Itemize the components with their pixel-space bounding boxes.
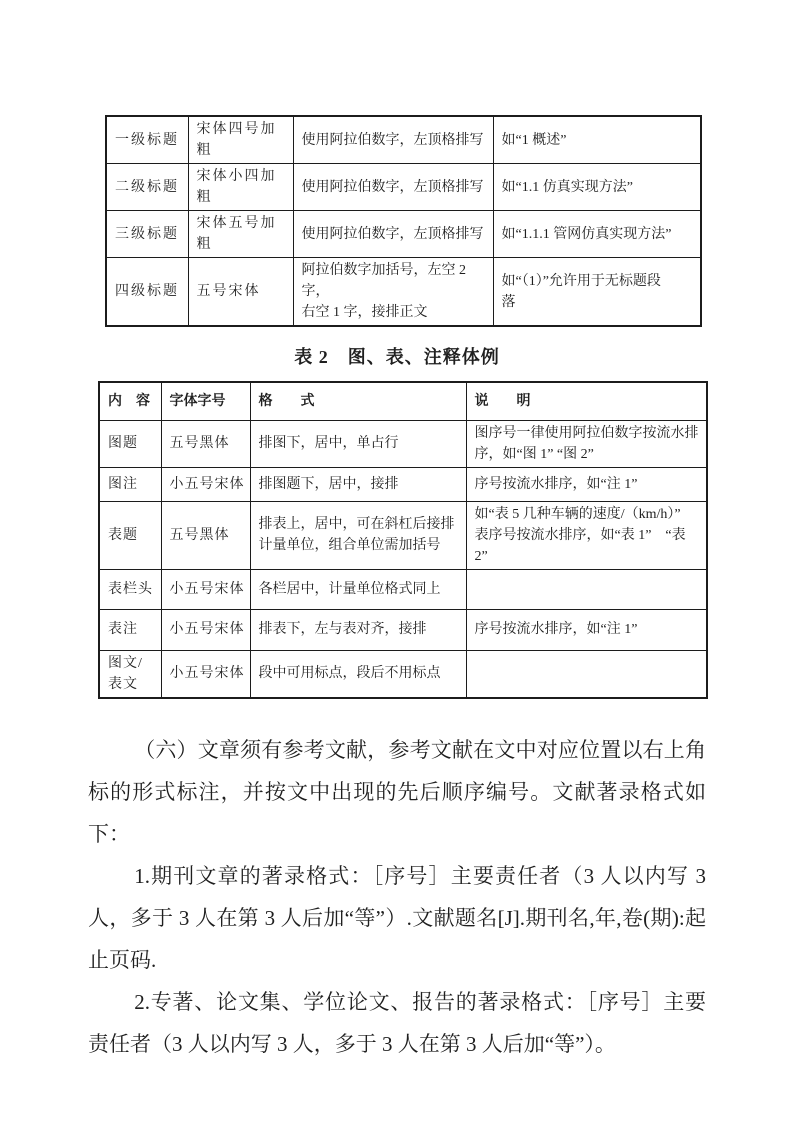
table-cell: 图注 [99,467,161,501]
paragraph: （六）文章须有参考文献，参考文献在文中对应位置以右上角标的形式标注，并按文中出现… [88,729,706,855]
content-area: 一级标题 宋体四号加粗 使用阿拉伯数字，左顶格排写 如“1 概述” 二级标题 宋… [0,115,794,1065]
column-header: 说 明 [466,382,707,420]
table-cell: 使用阿拉伯数字，左顶格排写 [293,211,493,258]
paragraph: 1.期刊文章的著录格式：［序号］主要责任者（3 人以内写 3 人，多于 3 人在… [88,855,706,981]
table-cell: 各栏居中，计量单位格式同上 [250,569,466,609]
table-cell: 四级标题 [106,258,188,327]
paragraph: 2.专著、论文集、学位论文、报告的著录格式：［序号］主要责任者（3 人以内写 3… [88,981,706,1065]
table-row: 图文/ 表文 小五号宋体 段中可用标点，段后不用标点 [99,650,707,698]
table-cell: 五号黑体 [161,420,250,467]
table-cell: 阿拉伯数字加括号，左空 2 字， 右空 1 字，接排正文 [293,258,493,327]
table-cell: 排图下，居中，单占行 [250,420,466,467]
table-cell: 排表下，左与表对齐，接排 [250,609,466,650]
table-cell: 五号黑体 [161,501,250,569]
table-cell: 宋体五号加粗 [188,211,293,258]
table-cell: 表题 [99,501,161,569]
table-cell: 序号按流水排序，如“注 1” [466,467,707,501]
table-row: 二级标题 宋体小四加粗 使用阿拉伯数字，左顶格排写 如“1.1 仿真实现方法” [106,164,701,211]
table-cell: 宋体四号加粗 [188,116,293,164]
figure-table-note-style-table: 内 容 字体字号 格 式 说 明 图题 五号黑体 排图下，居中，单占行 图序号一… [98,381,708,699]
table-row: 三级标题 宋体五号加粗 使用阿拉伯数字，左顶格排写 如“1.1.1 管网仿真实现… [106,211,701,258]
document-page: 一级标题 宋体四号加粗 使用阿拉伯数字，左顶格排写 如“1 概述” 二级标题 宋… [0,0,794,1123]
table-cell: 表栏头 [99,569,161,609]
table-row: 四级标题 五号宋体 阿拉伯数字加括号，左空 2 字， 右空 1 字，接排正文 如… [106,258,701,327]
column-header: 格 式 [250,382,466,420]
table-cell: 序号按流水排序，如“注 1” [466,609,707,650]
table-cell: 小五号宋体 [161,467,250,501]
table-cell: 使用阿拉伯数字，左顶格排写 [293,164,493,211]
table-cell: 表注 [99,609,161,650]
table-cell: 如“1 概述” [493,116,701,164]
table2-caption: 表 2 图、表、注释体例 [88,343,706,369]
table-header-row: 内 容 字体字号 格 式 说 明 [99,382,707,420]
table-cell: 排图题下，居中，接排 [250,467,466,501]
table-row: 图题 五号黑体 排图下，居中，单占行 图序号一律使用阿拉伯数字按流水排 序，如“… [99,420,707,467]
table-row: 表栏头 小五号宋体 各栏居中，计量单位格式同上 [99,569,707,609]
table-cell: 使用阿拉伯数字，左顶格排写 [293,116,493,164]
table-row: 表注 小五号宋体 排表下，左与表对齐，接排 序号按流水排序，如“注 1” [99,609,707,650]
table-cell: 排表上，居中，可在斜杠后接排 计量单位，组合单位需加括号 [250,501,466,569]
table-cell [466,650,707,698]
table-cell: 一级标题 [106,116,188,164]
table-cell: 小五号宋体 [161,650,250,698]
column-header: 内 容 [99,382,161,420]
table-cell: 如“（1）”允许用于无标题段 落 [493,258,701,327]
heading-style-table: 一级标题 宋体四号加粗 使用阿拉伯数字，左顶格排写 如“1 概述” 二级标题 宋… [105,115,702,327]
table-cell: 如“1.1.1 管网仿真实现方法” [493,211,701,258]
table-cell: 三级标题 [106,211,188,258]
table-cell: 如“1.1 仿真实现方法” [493,164,701,211]
body-text: （六）文章须有参考文献，参考文献在文中对应位置以右上角标的形式标注，并按文中出现… [88,729,706,1065]
table-row: 图注 小五号宋体 排图题下，居中，接排 序号按流水排序，如“注 1” [99,467,707,501]
table-cell: 小五号宋体 [161,569,250,609]
table-cell: 宋体小四加粗 [188,164,293,211]
table-cell: 小五号宋体 [161,609,250,650]
table-cell: 如“表 5 几种车辆的速度/（km/h）” 表序号按流水排序，如“表 1” “表… [466,501,707,569]
table-cell: 二级标题 [106,164,188,211]
table-cell: 图序号一律使用阿拉伯数字按流水排 序，如“图 1” “图 2” [466,420,707,467]
table-row: 表题 五号黑体 排表上，居中，可在斜杠后接排 计量单位，组合单位需加括号 如“表… [99,501,707,569]
table-cell: 图题 [99,420,161,467]
table-cell: 图文/ 表文 [99,650,161,698]
table-row: 一级标题 宋体四号加粗 使用阿拉伯数字，左顶格排写 如“1 概述” [106,116,701,164]
table-cell: 五号宋体 [188,258,293,327]
table-cell: 段中可用标点，段后不用标点 [250,650,466,698]
table-cell [466,569,707,609]
column-header: 字体字号 [161,382,250,420]
